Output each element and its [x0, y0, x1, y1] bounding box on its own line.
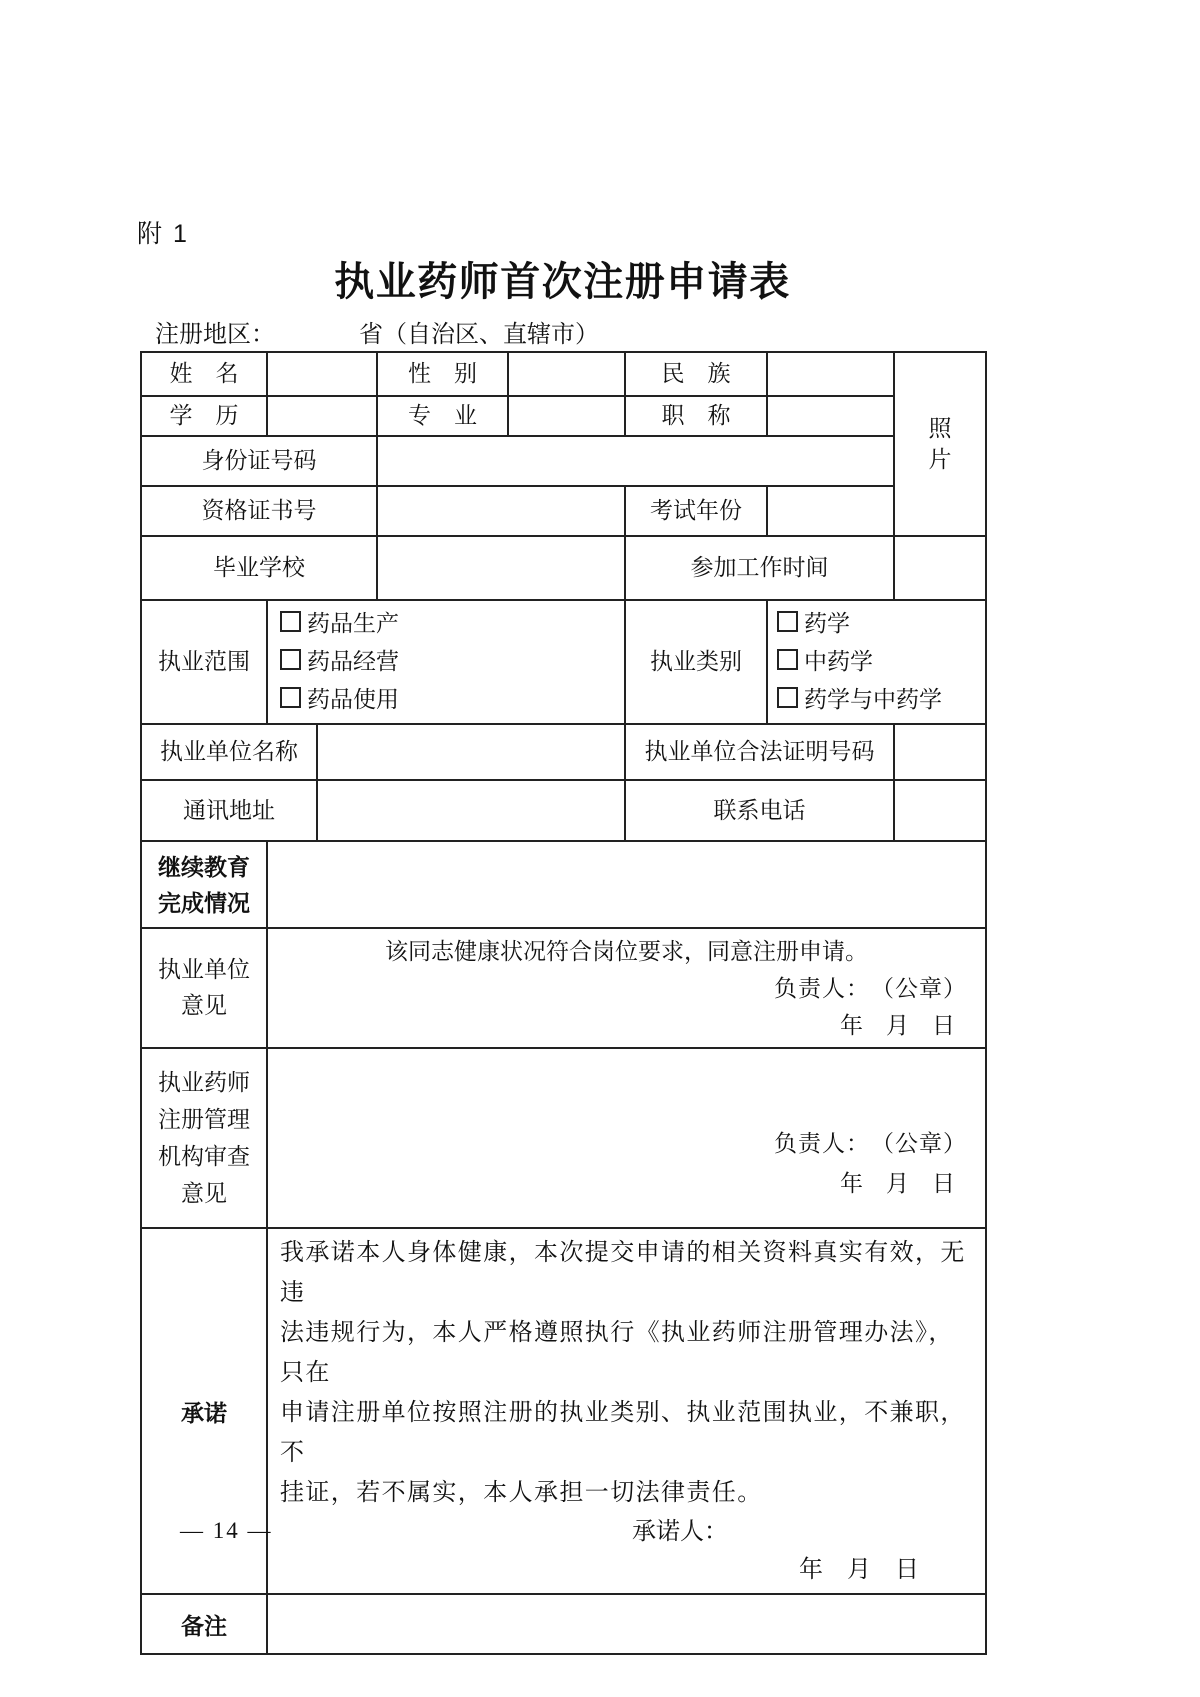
registration-region-line: 注册地区：省（自治区、直辖市）: [155, 314, 599, 349]
education-label: 学 历: [141, 396, 267, 436]
page-title: 执业药师首次注册申请表: [140, 250, 985, 307]
commitment-text-line: 法违规行为，本人严格遵照执行《执业药师注册管理办法》，只在: [280, 1313, 971, 1393]
page-number: — 14 —: [180, 1518, 273, 1544]
table-row: 姓 名 性 别 民 族 照 片: [141, 352, 986, 396]
checkbox-label: 药品经营: [307, 649, 399, 674]
region-label: 注册地区：: [155, 322, 275, 348]
table-row: 执业范围 药品生产 药品经营 药品使用 执业类别 药学 中药学 药学与中药学: [141, 600, 986, 724]
checkbox-label: 药品生产: [307, 611, 399, 636]
checkbox-icon[interactable]: [280, 611, 301, 632]
document-page: 附 1 执业药师首次注册申请表 注册地区：省（自治区、直辖市） 姓 名 性 别 …: [0, 0, 1200, 1697]
checkbox-label: 药学与中药学: [804, 687, 942, 712]
id-number-label: 身份证号码: [141, 436, 377, 486]
table-row: 毕业学校 参加工作时间: [141, 536, 986, 600]
continuing-education-value-cell[interactable]: [267, 841, 986, 928]
job-title-label: 职 称: [625, 396, 767, 436]
table-row: 执业单位名称 执业单位合法证明号码: [141, 724, 986, 780]
major-value-cell[interactable]: [508, 396, 625, 436]
checkbox-option-drug-distribution[interactable]: 药品经营: [280, 643, 624, 681]
exam-year-label: 考试年份: [625, 486, 767, 536]
commitment-text-line: 我承诺本人身体健康，本次提交申请的相关资料真实有效，无违: [280, 1233, 971, 1313]
remarks-value-cell[interactable]: [267, 1594, 986, 1654]
name-label: 姓 名: [141, 352, 267, 396]
remarks-label: 备注: [141, 1594, 267, 1654]
photo-cell: 照 片: [894, 352, 986, 536]
commitment-text-line: 申请注册单位按照注册的执业类别、执业范围执业，不兼职，不: [280, 1393, 971, 1473]
checkbox-option-pharmacy-and-tcm[interactable]: 药学与中药学: [777, 681, 985, 719]
id-number-value-cell[interactable]: [377, 436, 894, 486]
name-value-cell[interactable]: [267, 352, 377, 396]
address-label: 通讯地址: [141, 780, 317, 841]
employer-opinion-statement: 该同志健康状况符合岗位要求，同意注册申请。: [268, 933, 985, 970]
table-row: 执业单位 意见 该同志健康状况符合岗位要求，同意注册申请。 负责人： （公章） …: [141, 928, 986, 1048]
date-line: 年 月 日: [280, 1551, 971, 1589]
spacer: [268, 1072, 985, 1124]
gender-value-cell[interactable]: [508, 352, 625, 396]
responsible-person-seal-line: 负责人： （公章）: [268, 1124, 985, 1164]
table-row: 身份证号码: [141, 436, 986, 486]
checkbox-label: 药品使用: [307, 687, 399, 712]
school-label: 毕业学校: [141, 536, 377, 600]
region-province-suffix: 省（自治区、直辖市）: [359, 322, 599, 348]
employer-cert-no-value-cell[interactable]: [894, 724, 986, 780]
date-line: 年 月 日: [268, 1164, 985, 1204]
qualification-cert-value-cell[interactable]: [377, 486, 625, 536]
gender-label: 性 别: [377, 352, 508, 396]
checkbox-icon[interactable]: [777, 649, 798, 670]
checkbox-option-pharmacy[interactable]: 药学: [777, 605, 985, 643]
job-title-value-cell[interactable]: [767, 396, 894, 436]
practice-scope-label: 执业范围: [141, 600, 267, 724]
commitment-text-line: 挂证，若不属实，本人承担一切法律责任。: [280, 1473, 971, 1513]
ethnicity-value-cell[interactable]: [767, 352, 894, 396]
table-row: 学 历 专 业 职 称: [141, 396, 986, 436]
checkbox-label: 中药学: [804, 649, 873, 674]
checkbox-label: 药学: [804, 611, 850, 636]
checkbox-icon[interactable]: [777, 687, 798, 708]
continuing-education-label: 继续教育 完成情况: [141, 841, 267, 928]
photo-label: 照 片: [895, 413, 985, 475]
checkbox-option-drug-production[interactable]: 药品生产: [280, 605, 624, 643]
work-start-value-cell[interactable]: [894, 536, 986, 600]
checkbox-icon[interactable]: [280, 649, 301, 670]
employer-cert-no-label: 执业单位合法证明号码: [625, 724, 894, 780]
employer-name-value-cell[interactable]: [317, 724, 625, 780]
table-row: 备注: [141, 1594, 986, 1654]
employer-name-label: 执业单位名称: [141, 724, 317, 780]
authority-opinion-content: 负责人： （公章） 年 月 日: [267, 1048, 986, 1228]
authority-opinion-label: 执业药师 注册管理 机构审查 意见: [141, 1048, 267, 1228]
checkbox-option-drug-use[interactable]: 药品使用: [280, 681, 624, 719]
attachment-label: 附 1: [137, 214, 189, 250]
checkbox-option-tcm-pharmacy[interactable]: 中药学: [777, 643, 985, 681]
employer-opinion-label: 执业单位 意见: [141, 928, 267, 1048]
table-row: 继续教育 完成情况: [141, 841, 986, 928]
employer-opinion-content: 该同志健康状况符合岗位要求，同意注册申请。 负责人： （公章） 年 月 日: [267, 928, 986, 1048]
commitment-content: 我承诺本人身体健康，本次提交申请的相关资料真实有效，无违 法违规行为，本人严格遵…: [267, 1228, 986, 1594]
table-row: 通讯地址 联系电话: [141, 780, 986, 841]
table-row: 资格证书号 考试年份: [141, 486, 986, 536]
phone-label: 联系电话: [625, 780, 894, 841]
application-form-table: 姓 名 性 别 民 族 照 片 学 历 专 业 职 称 身份证号码 资格证书号 …: [140, 351, 987, 1655]
commitment-signer-label: 承诺人：: [280, 1513, 971, 1551]
practice-scope-options: 药品生产 药品经营 药品使用: [267, 600, 625, 724]
ethnicity-label: 民 族: [625, 352, 767, 396]
checkbox-icon[interactable]: [280, 687, 301, 708]
practice-category-label: 执业类别: [625, 600, 767, 724]
qualification-cert-label: 资格证书号: [141, 486, 377, 536]
responsible-person-seal-line: 负责人： （公章）: [268, 970, 985, 1007]
major-label: 专 业: [377, 396, 508, 436]
checkbox-icon[interactable]: [777, 611, 798, 632]
practice-category-options: 药学 中药学 药学与中药学: [767, 600, 986, 724]
phone-value-cell[interactable]: [894, 780, 986, 841]
work-start-label: 参加工作时间: [625, 536, 894, 600]
education-value-cell[interactable]: [267, 396, 377, 436]
table-row: 执业药师 注册管理 机构审查 意见 负责人： （公章） 年 月 日: [141, 1048, 986, 1228]
address-value-cell[interactable]: [317, 780, 625, 841]
school-value-cell[interactable]: [377, 536, 625, 600]
exam-year-value-cell[interactable]: [767, 486, 894, 536]
date-line: 年 月 日: [268, 1007, 985, 1044]
